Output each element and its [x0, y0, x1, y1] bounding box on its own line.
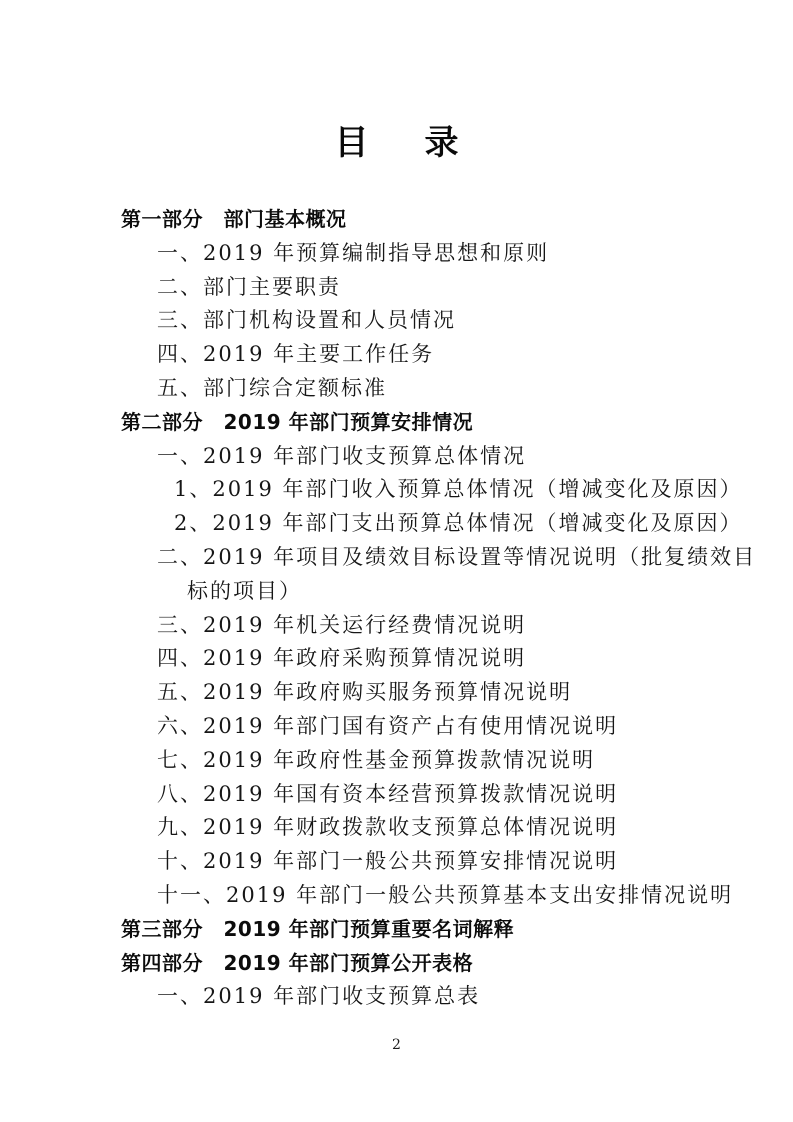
page-number: 2 [0, 1036, 793, 1054]
toc-part-heading: 第一部分 部门基本概况 [121, 203, 701, 237]
toc-entry: 八、2019 年国有资本经营预算拨款情况说明 [121, 778, 701, 812]
toc-part-heading: 第二部分 2019 年部门预算安排情况 [121, 406, 701, 440]
toc-entry: 六、2019 年部门国有资产占有使用情况说明 [121, 710, 701, 744]
toc-part-heading: 第三部分 2019 年部门预算重要名词解释 [121, 913, 701, 947]
toc-entry: 三、部门机构设置和人员情况 [121, 304, 701, 338]
toc-entry: 二、2019 年项目及绩效目标设置等情况说明（批复绩效目 [121, 541, 701, 575]
toc-entry: 一、2019 年部门收支预算总表 [121, 980, 701, 1014]
toc-entry: 四、2019 年主要工作任务 [121, 338, 701, 372]
toc-part-heading: 第四部分 2019 年部门预算公开表格 [121, 947, 701, 981]
toc-entry: 五、部门综合定额标准 [121, 372, 701, 406]
toc-entry: 九、2019 年财政拨款收支预算总体情况说明 [121, 811, 701, 845]
toc-entry: 标的项目） [121, 575, 701, 609]
toc-entry: 四、2019 年政府采购预算情况说明 [121, 642, 701, 676]
document-page: 目 录 第一部分 部门基本概况一、2019 年预算编制指导思想和原则二、部门主要… [0, 0, 793, 1122]
page-title: 目 录 [0, 121, 793, 165]
toc-list: 第一部分 部门基本概况一、2019 年预算编制指导思想和原则二、部门主要职责三、… [121, 203, 701, 1014]
toc-entry: 五、2019 年政府购买服务预算情况说明 [121, 676, 701, 710]
toc-entry: 1、2019 年部门收入预算总体情况（增减变化及原因） [121, 473, 701, 507]
toc-entry: 一、2019 年部门收支预算总体情况 [121, 440, 701, 474]
toc-entry: 一、2019 年预算编制指导思想和原则 [121, 237, 701, 271]
toc-entry: 三、2019 年机关运行经费情况说明 [121, 609, 701, 643]
toc-entry: 十、2019 年部门一般公共预算安排情况说明 [121, 845, 701, 879]
toc-entry: 十一、2019 年部门一般公共预算基本支出安排情况说明 [121, 879, 701, 913]
toc-entry: 二、部门主要职责 [121, 271, 701, 305]
toc-entry: 2、2019 年部门支出预算总体情况（增减变化及原因） [121, 507, 701, 541]
toc-entry: 七、2019 年政府性基金预算拨款情况说明 [121, 744, 701, 778]
